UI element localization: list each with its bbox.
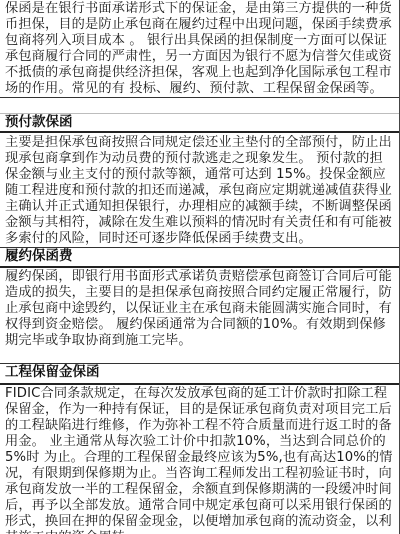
section-title-advance-payment: 预付款保函	[0, 114, 399, 131]
header-underline	[0, 266, 399, 268]
header-underline	[0, 131, 399, 133]
section-body-advance-payment: 主要是担保承包商按照合同规定偿还业主垫付的全部预付，防止出现承包商拿到作为动员费…	[0, 135, 399, 247]
empty-row	[0, 98, 399, 113]
section-body-performance: 履约保函，即银行用书面形式承诺负责赔偿承包商签订合同后可能造成的损失，主要目的是…	[0, 269, 399, 363]
document-sheet: 保函是在银行书面承诺形式下的保证金，是由第三方提供的一种货币担保，目的是防止承包…	[0, 0, 400, 534]
header-underline	[0, 383, 399, 385]
intro-paragraph: 保函是在银行书面承诺形式下的保证金，是由第三方提供的一种货币担保，目的是防止承包…	[0, 1, 399, 97]
section-title-performance: 履约保函费	[0, 248, 399, 265]
section-body-retention: FIDIC合同条款规定，在每次发放承包商的延工计价款时扣除工程保留金，作为一种持…	[0, 386, 399, 534]
section-title-retention: 工程保留金保函	[0, 364, 399, 381]
